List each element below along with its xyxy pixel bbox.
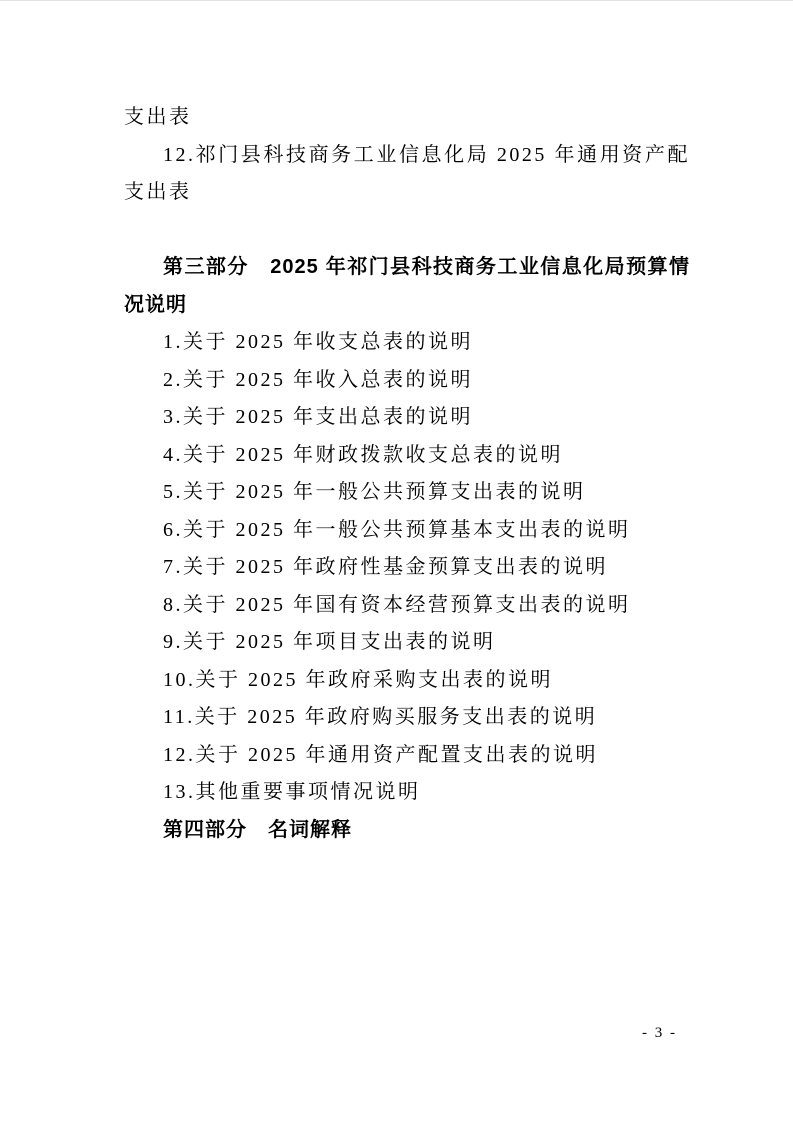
heading-line: 第四部分 名词解释 — [124, 812, 690, 850]
text-line: 5.关于 2025 年一般公共预算支出表的说明 — [124, 474, 690, 512]
document-content: 支出表12.祁门县科技商务工业信息化局 2025 年通用资产配置支出表第三部分 … — [124, 99, 690, 849]
document-page: 支出表12.祁门县科技商务工业信息化局 2025 年通用资产配置支出表第三部分 … — [0, 0, 793, 1123]
text-line: 2.关于 2025 年收入总表的说明 — [124, 362, 690, 400]
heading-line: 第三部分 2025 年祁门县科技商务工业信息化局预算情 — [124, 249, 690, 287]
text-line: 支出表 — [124, 99, 690, 137]
text-line: 4.关于 2025 年财政拨款收支总表的说明 — [124, 437, 690, 475]
text-line: 9.关于 2025 年项目支出表的说明 — [124, 624, 690, 662]
heading-line: 况说明 — [124, 287, 690, 325]
blank-line — [124, 212, 690, 250]
text-line: 6.关于 2025 年一般公共预算基本支出表的说明 — [124, 512, 690, 550]
text-line: 11.关于 2025 年政府购买服务支出表的说明 — [124, 699, 690, 737]
text-line: 7.关于 2025 年政府性基金预算支出表的说明 — [124, 549, 690, 587]
text-line: 3.关于 2025 年支出总表的说明 — [124, 399, 690, 437]
text-line: 1.关于 2025 年收支总表的说明 — [124, 324, 690, 362]
text-line: 12.关于 2025 年通用资产配置支出表的说明 — [124, 737, 690, 775]
text-line: 支出表 — [124, 174, 690, 212]
text-line: 13.其他重要事项情况说明 — [124, 774, 690, 812]
text-line: 10.关于 2025 年政府采购支出表的说明 — [124, 662, 690, 700]
page-number: - 3 - — [642, 1025, 677, 1042]
text-line: 8.关于 2025 年国有资本经营预算支出表的说明 — [124, 587, 690, 625]
text-line: 12.祁门县科技商务工业信息化局 2025 年通用资产配置 — [124, 137, 690, 175]
